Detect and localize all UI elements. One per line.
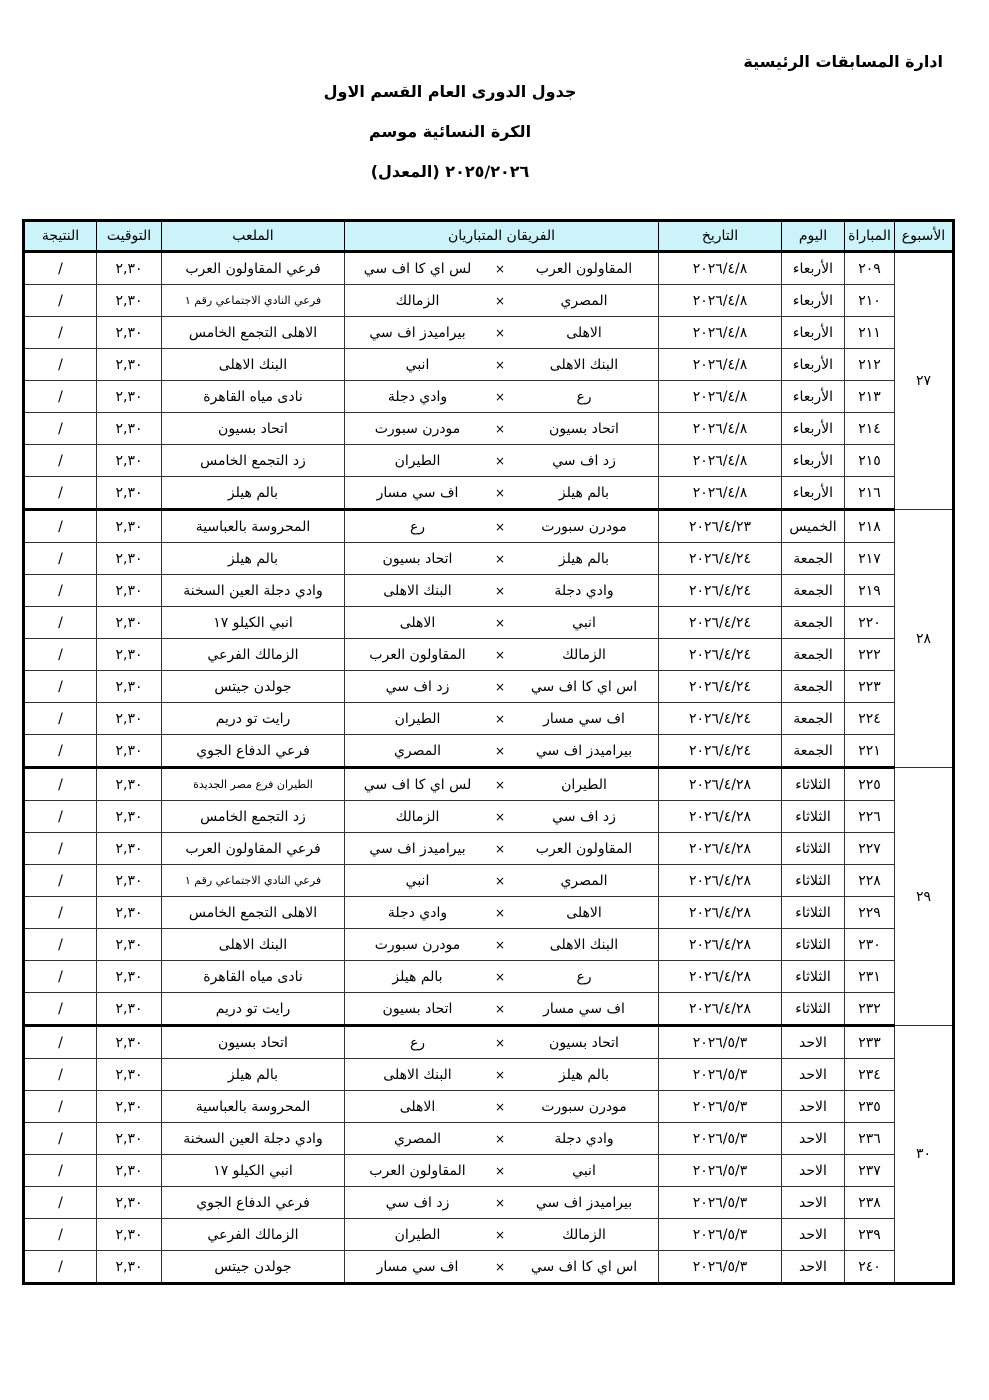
match-day: الثلاثاء [782,801,845,833]
vs-icon: × [490,938,510,952]
match-date: ٢٠٢٦/٥/٣ [659,1187,782,1219]
week-number: ٢٧ [895,252,954,510]
match-number: ٢٤٠ [845,1251,895,1284]
match-date: ٢٠٢٦/٤/٨ [659,317,782,349]
vs-icon: × [490,454,510,468]
match-day: الاحد [782,1187,845,1219]
match-time: ٢,٣٠ [97,768,162,801]
match-teams: زد اف سي×الطيران [345,445,659,477]
match-date: ٢٠٢٦/٥/٣ [659,1219,782,1251]
home-team: الاهلى [510,325,658,341]
match-teams: اس اي كا اف سي×اف سي مسار [345,1251,659,1284]
home-team: المصري [510,873,658,889]
table-row: ٢١٠الأربعاء٢٠٢٦/٤/٨المصري×الزمالكفرعي ال… [24,285,954,317]
home-team: الاهلى [510,905,658,921]
match-day: الثلاثاء [782,993,845,1026]
match-venue: فرعي النادي الاجتماعي رقم ١ [162,285,345,317]
vs-icon: × [490,712,510,726]
match-teams: البنك الاهلى×مودرن سبورت [345,929,659,961]
match-number: ٢١٦ [845,477,895,510]
away-team: وادي دجلة [345,905,490,921]
match-number: ٢٢٨ [845,865,895,897]
home-team: اس اي كا اف سي [510,679,658,695]
col-date: التاريخ [659,221,782,252]
match-venue: بالم هيلز [162,477,345,510]
match-time: ٢,٣٠ [97,1155,162,1187]
match-venue: الاهلى التجمع الخامس [162,897,345,929]
away-team: اف سي مسار [345,1259,490,1275]
match-time: ٢,٣٠ [97,413,162,445]
match-day: الاحد [782,1123,845,1155]
match-number: ٢٢٢ [845,639,895,671]
match-teams: المصري×الزمالك [345,285,659,317]
match-day: الاحد [782,1026,845,1059]
match-number: ٢٠٩ [845,252,895,285]
match-venue: نادى مياه القاهرة [162,961,345,993]
vs-icon: × [490,680,510,694]
table-row: ٢٢٢الجمعة٢٠٢٦/٤/٢٤الزمالك×المقاولون العر… [24,639,954,671]
match-teams: اف سي مسار×اتحاد بسيون [345,993,659,1026]
match-venue: وادي دجلة العين السخنة [162,575,345,607]
match-result: / [24,897,97,929]
match-date: ٢٠٢٦/٥/٣ [659,1155,782,1187]
table-row: ٢١٤الأربعاء٢٠٢٦/٤/٨اتحاد بسيون×مودرن سبو… [24,413,954,445]
match-time: ٢,٣٠ [97,575,162,607]
match-time: ٢,٣٠ [97,639,162,671]
match-day: الاحد [782,1219,845,1251]
match-number: ٢٣٩ [845,1219,895,1251]
match-number: ٢٣١ [845,961,895,993]
away-team: بيراميدز اف سي [345,841,490,857]
vs-icon: × [490,1196,510,1210]
match-number: ٢١٠ [845,285,895,317]
match-time: ٢,٣٠ [97,285,162,317]
vs-icon: × [490,1068,510,1082]
home-team: البنك الاهلى [510,937,658,953]
home-team: بالم هيلز [510,485,658,501]
match-date: ٢٠٢٦/٤/٨ [659,285,782,317]
match-teams: بالم هيلز×البنك الاهلى [345,1059,659,1091]
match-date: ٢٠٢٦/٤/٢٨ [659,993,782,1026]
match-venue: رايت تو دريم [162,993,345,1026]
match-day: الجمعة [782,543,845,575]
table-row: ٢٢٨الثلاثاء٢٠٢٦/٤/٢٨المصري×انبيفرعي النا… [24,865,954,897]
match-day: الأربعاء [782,445,845,477]
away-team: الطيران [345,1227,490,1243]
table-row: ٢١٧الجمعة٢٠٢٦/٤/٢٤بالم هيلز×اتحاد بسيونب… [24,543,954,575]
match-result: / [24,865,97,897]
match-time: ٢,٣٠ [97,317,162,349]
organization-name: ادارة المسابقات الرئيسية [743,52,943,71]
match-time: ٢,٣٠ [97,735,162,768]
match-result: / [24,735,97,768]
match-number: ٢٣٣ [845,1026,895,1059]
table-row: ٢٣٧الاحد٢٠٢٦/٥/٣انبي×المقاولون العربانبي… [24,1155,954,1187]
week-number: ٢٩ [895,768,954,1026]
away-team: المصري [345,1131,490,1147]
vs-icon: × [490,390,510,404]
match-result: / [24,639,97,671]
match-time: ٢,٣٠ [97,961,162,993]
vs-icon: × [490,1132,510,1146]
home-team: المقاولون العرب [510,841,658,857]
match-time: ٢,٣٠ [97,510,162,543]
match-date: ٢٠٢٦/٤/٢٨ [659,768,782,801]
col-teams: الفريقان المتباريان [345,221,659,252]
match-result: / [24,671,97,703]
match-day: الجمعة [782,575,845,607]
away-team: مودرن سبورت [345,937,490,953]
away-team: وادي دجلة [345,389,490,405]
vs-icon: × [490,1164,510,1178]
match-date: ٢٠٢٦/٥/٣ [659,1059,782,1091]
match-number: ٢٣٤ [845,1059,895,1091]
match-result: / [24,445,97,477]
match-result: / [24,993,97,1026]
vs-icon: × [490,1036,510,1050]
away-team: الطيران [345,453,490,469]
away-team: رع [345,519,490,535]
match-teams: الزمالك×الطيران [345,1219,659,1251]
match-time: ٢,٣٠ [97,381,162,413]
match-day: الأربعاء [782,349,845,381]
home-team: الزمالك [510,647,658,663]
table-row: ٢١٥الأربعاء٢٠٢٦/٤/٨زد اف سي×الطيرانزد ال… [24,445,954,477]
match-venue: الزمالك الفرعي [162,1219,345,1251]
vs-icon: × [490,778,510,792]
week-number: ٢٨ [895,510,954,768]
match-date: ٢٠٢٦/٤/٨ [659,349,782,381]
table-row: ٢٩٢٢٥الثلاثاء٢٠٢٦/٤/٢٨الطيران×لس اي كا ا… [24,768,954,801]
match-result: / [24,961,97,993]
vs-icon: × [490,616,510,630]
match-teams: بيراميدز اف سي×زد اف سي [345,1187,659,1219]
match-day: الجمعة [782,639,845,671]
away-team: لس اي كا اف سي [345,777,490,793]
match-teams: اتحاد بسيون×مودرن سبورت [345,413,659,445]
match-day: الثلاثاء [782,833,845,865]
table-row: ٢١٣الأربعاء٢٠٢٦/٤/٨رع×وادي دجلةنادى مياه… [24,381,954,413]
match-teams: مودرن سبورت×رع [345,510,659,543]
match-number: ٢١٧ [845,543,895,575]
match-number: ٢١٢ [845,349,895,381]
match-teams: الطيران×لس اي كا اف سي [345,768,659,801]
match-number: ٢٢٩ [845,897,895,929]
title-line-1: جدول الدورى العام القسم الاول [300,72,600,112]
match-number: ٢٣٨ [845,1187,895,1219]
vs-icon: × [490,422,510,436]
away-team: اتحاد بسيون [345,551,490,567]
match-date: ٢٠٢٦/٤/٢٤ [659,543,782,575]
away-team: المقاولون العرب [345,647,490,663]
match-result: / [24,413,97,445]
match-result: / [24,317,97,349]
match-date: ٢٠٢٦/٤/٢٨ [659,801,782,833]
home-team: بالم هيلز [510,551,658,567]
away-team: لس اي كا اف سي [345,261,490,277]
vs-icon: × [490,970,510,984]
away-team: الزمالك [345,293,490,309]
schedule-table: الأسبوع المباراة اليوم التاريخ الفريقان … [22,219,955,1285]
table-row: ٢٢٦الثلاثاء٢٠٢٦/٤/٢٨زد اف سي×الزمالكزد ا… [24,801,954,833]
match-teams: وادي دجلة×البنك الاهلى [345,575,659,607]
match-time: ٢,٣٠ [97,477,162,510]
match-day: الجمعة [782,671,845,703]
table-row: ٢٣٦الاحد٢٠٢٦/٥/٣وادي دجلة×المصريوادي دجل… [24,1123,954,1155]
match-teams: المصري×انبي [345,865,659,897]
match-teams: انبي×المقاولون العرب [345,1155,659,1187]
match-date: ٢٠٢٦/٤/٨ [659,252,782,285]
away-team: البنك الاهلى [345,583,490,599]
match-day: الخميس [782,510,845,543]
home-team: انبي [510,615,658,631]
home-team: المقاولون العرب [510,261,658,277]
match-result: / [24,349,97,381]
table-row: ٢٢٤الجمعة٢٠٢٦/٤/٢٤اف سي مسار×الطيرانرايت… [24,703,954,735]
match-time: ٢,٣٠ [97,349,162,381]
away-team: المقاولون العرب [345,1163,490,1179]
table-row: ٢١٩الجمعة٢٠٢٦/٤/٢٤وادي دجلة×البنك الاهلى… [24,575,954,607]
match-teams: اتحاد بسيون×رع [345,1026,659,1059]
home-team: اتحاد بسيون [510,1035,658,1051]
match-date: ٢٠٢٦/٤/٢٤ [659,575,782,607]
table-row: ٣٠٢٣٣الاحد٢٠٢٦/٥/٣اتحاد بسيون×رعاتحاد بس… [24,1026,954,1059]
match-date: ٢٠٢٦/٤/٢٤ [659,607,782,639]
match-teams: زد اف سي×الزمالك [345,801,659,833]
match-day: الأربعاء [782,477,845,510]
match-date: ٢٠٢٦/٤/٨ [659,445,782,477]
match-date: ٢٠٢٦/٤/٨ [659,477,782,510]
match-date: ٢٠٢٦/٥/٣ [659,1026,782,1059]
match-number: ٢١٤ [845,413,895,445]
table-row: ٢٢١الجمعة٢٠٢٦/٤/٢٤بيراميدز اف سي×المصريف… [24,735,954,768]
match-result: / [24,929,97,961]
vs-icon: × [490,262,510,276]
match-time: ٢,٣٠ [97,252,162,285]
home-team: اف سي مسار [510,1001,658,1017]
away-team: الزمالك [345,809,490,825]
match-date: ٢٠٢٦/٤/٨ [659,413,782,445]
match-number: ٢٣٢ [845,993,895,1026]
match-time: ٢,٣٠ [97,703,162,735]
match-day: الاحد [782,1251,845,1284]
match-venue: رايت تو دريم [162,703,345,735]
match-teams: بالم هيلز×اتحاد بسيون [345,543,659,575]
match-time: ٢,٣٠ [97,865,162,897]
match-day: الثلاثاء [782,929,845,961]
vs-icon: × [490,326,510,340]
away-team: انبي [345,873,490,889]
match-result: / [24,607,97,639]
match-day: الأربعاء [782,285,845,317]
match-number: ٢٢١ [845,735,895,768]
table-row: ٢٣٠الثلاثاء٢٠٢٦/٤/٢٨البنك الاهلى×مودرن س… [24,929,954,961]
vs-icon: × [490,1100,510,1114]
match-date: ٢٠٢٦/٥/٣ [659,1091,782,1123]
vs-icon: × [490,358,510,372]
match-teams: انبي×الاهلى [345,607,659,639]
match-time: ٢,٣٠ [97,1187,162,1219]
home-team: مودرن سبورت [510,1099,658,1115]
match-venue: فرعي المقاولون العرب [162,252,345,285]
match-venue: الزمالك الفرعي [162,639,345,671]
away-team: بيراميدز اف سي [345,325,490,341]
table-row: ٢٣٥الاحد٢٠٢٦/٥/٣مودرن سبورت×الاهلىالمحرو… [24,1091,954,1123]
vs-icon: × [490,552,510,566]
home-team: وادي دجلة [510,583,658,599]
away-team: رع [345,1035,490,1051]
home-team: رع [510,389,658,405]
match-time: ٢,٣٠ [97,833,162,865]
match-venue: زد التجمع الخامس [162,801,345,833]
home-team: بيراميدز اف سي [510,1195,658,1211]
col-day: اليوم [782,221,845,252]
vs-icon: × [490,1260,510,1274]
vs-icon: × [490,584,510,598]
vs-icon: × [490,810,510,824]
vs-icon: × [490,520,510,534]
title-line-2: الكرة النسائية موسم [300,112,600,152]
match-venue: فرعي النادي الاجتماعي رقم ١ [162,865,345,897]
match-time: ٢,٣٠ [97,1091,162,1123]
match-venue: انبي الكيلو ١٧ [162,1155,345,1187]
table-row: ٢٢٧الثلاثاء٢٠٢٦/٤/٢٨المقاولون العرب×بيرا… [24,833,954,865]
title-line-3: ٢٠٢٥/٢٠٢٦ (المعدل) [300,152,600,192]
vs-icon: × [490,1002,510,1016]
match-venue: بالم هيلز [162,543,345,575]
match-day: الأربعاء [782,381,845,413]
match-day: الأربعاء [782,413,845,445]
table-row: ٢٣٤الاحد٢٠٢٦/٥/٣بالم هيلز×البنك الاهلىبا… [24,1059,954,1091]
match-result: / [24,801,97,833]
document-titles: جدول الدورى العام القسم الاول الكرة النس… [300,72,600,192]
away-team: مودرن سبورت [345,421,490,437]
match-date: ٢٠٢٦/٤/٢٤ [659,735,782,768]
match-teams: الزمالك×المقاولون العرب [345,639,659,671]
match-day: الاحد [782,1155,845,1187]
table-row: ٢٣١الثلاثاء٢٠٢٦/٤/٢٨رع×بالم هيلزنادى ميا… [24,961,954,993]
match-result: / [24,1251,97,1284]
home-team: اتحاد بسيون [510,421,658,437]
away-team: بالم هيلز [345,969,490,985]
match-number: ٢١٨ [845,510,895,543]
match-result: / [24,768,97,801]
match-venue: البنك الاهلى [162,929,345,961]
match-time: ٢,٣٠ [97,671,162,703]
vs-icon: × [490,1228,510,1242]
match-date: ٢٠٢٦/٤/٢٤ [659,639,782,671]
match-day: الأربعاء [782,252,845,285]
match-result: / [24,1123,97,1155]
match-result: / [24,833,97,865]
match-day: الجمعة [782,703,845,735]
match-date: ٢٠٢٦/٤/٢٤ [659,671,782,703]
table-row: ٢١٦الأربعاء٢٠٢٦/٤/٨بالم هيلز×اف سي مسارب… [24,477,954,510]
col-week: الأسبوع [895,221,954,252]
vs-icon: × [490,486,510,500]
away-team: اف سي مسار [345,485,490,501]
match-teams: اف سي مسار×الطيران [345,703,659,735]
table-row: ٢٣٨الاحد٢٠٢٦/٥/٣بيراميدز اف سي×زد اف سيف… [24,1187,954,1219]
match-time: ٢,٣٠ [97,1123,162,1155]
match-number: ٢٢٤ [845,703,895,735]
match-teams: اس اي كا اف سي×زد اف سي [345,671,659,703]
match-venue: جولدن جيتس [162,671,345,703]
match-day: الجمعة [782,607,845,639]
match-venue: الاهلى التجمع الخامس [162,317,345,349]
home-team: المصري [510,293,658,309]
away-team: الطيران [345,711,490,727]
match-date: ٢٠٢٦/٤/٢٤ [659,703,782,735]
match-venue: بالم هيلز [162,1059,345,1091]
match-date: ٢٠٢٦/٥/٣ [659,1251,782,1284]
match-time: ٢,٣٠ [97,543,162,575]
match-result: / [24,1155,97,1187]
match-result: / [24,477,97,510]
week-number: ٣٠ [895,1026,954,1284]
match-time: ٢,٣٠ [97,801,162,833]
home-team: وادي دجلة [510,1131,658,1147]
match-teams: المقاولون العرب×لس اي كا اف سي [345,252,659,285]
vs-icon: × [490,906,510,920]
away-team: زد اف سي [345,679,490,695]
match-result: / [24,1187,97,1219]
match-venue: الطيران فرع مصر الجديدة [162,768,345,801]
match-day: الجمعة [782,735,845,768]
match-number: ٢٢٦ [845,801,895,833]
match-venue: اتحاد بسيون [162,1026,345,1059]
match-venue: اتحاد بسيون [162,413,345,445]
match-time: ٢,٣٠ [97,445,162,477]
match-result: / [24,575,97,607]
match-day: الثلاثاء [782,768,845,801]
match-time: ٢,٣٠ [97,897,162,929]
match-teams: المقاولون العرب×بيراميدز اف سي [345,833,659,865]
table-row: ٢٨٢١٨الخميس٢٠٢٦/٤/٢٣مودرن سبورت×رعالمحرو… [24,510,954,543]
match-result: / [24,1219,97,1251]
match-number: ٢٣٦ [845,1123,895,1155]
table-row: ٢٧٢٠٩الأربعاء٢٠٢٦/٤/٨المقاولون العرب×لس … [24,252,954,285]
match-result: / [24,252,97,285]
match-time: ٢,٣٠ [97,1219,162,1251]
table-row: ٢٣٢الثلاثاء٢٠٢٦/٤/٢٨اف سي مسار×اتحاد بسي… [24,993,954,1026]
match-venue: المحروسة بالعباسية [162,1091,345,1123]
home-team: الطيران [510,777,658,793]
away-team: زد اف سي [345,1195,490,1211]
match-result: / [24,510,97,543]
table-row: ٢٢٠الجمعة٢٠٢٦/٤/٢٤انبي×الاهلىانبي الكيلو… [24,607,954,639]
match-result: / [24,285,97,317]
col-time: التوقيت [97,221,162,252]
table-header-row: الأسبوع المباراة اليوم التاريخ الفريقان … [24,221,954,252]
match-number: ٢٢٥ [845,768,895,801]
match-day: الاحد [782,1059,845,1091]
away-team: الاهلى [345,1099,490,1115]
match-venue: البنك الاهلى [162,349,345,381]
match-teams: بيراميدز اف سي×المصري [345,735,659,768]
away-team: الاهلى [345,615,490,631]
match-number: ٢٣٠ [845,929,895,961]
home-team: بالم هيلز [510,1067,658,1083]
match-teams: الاهلى×وادي دجلة [345,897,659,929]
match-time: ٢,٣٠ [97,1059,162,1091]
home-team: رع [510,969,658,985]
table-row: ٢٤٠الاحد٢٠٢٦/٥/٣اس اي كا اف سي×اف سي مسا… [24,1251,954,1284]
col-venue: الملعب [162,221,345,252]
match-venue: وادي دجلة العين السخنة [162,1123,345,1155]
match-number: ٢١٣ [845,381,895,413]
match-teams: رع×وادي دجلة [345,381,659,413]
